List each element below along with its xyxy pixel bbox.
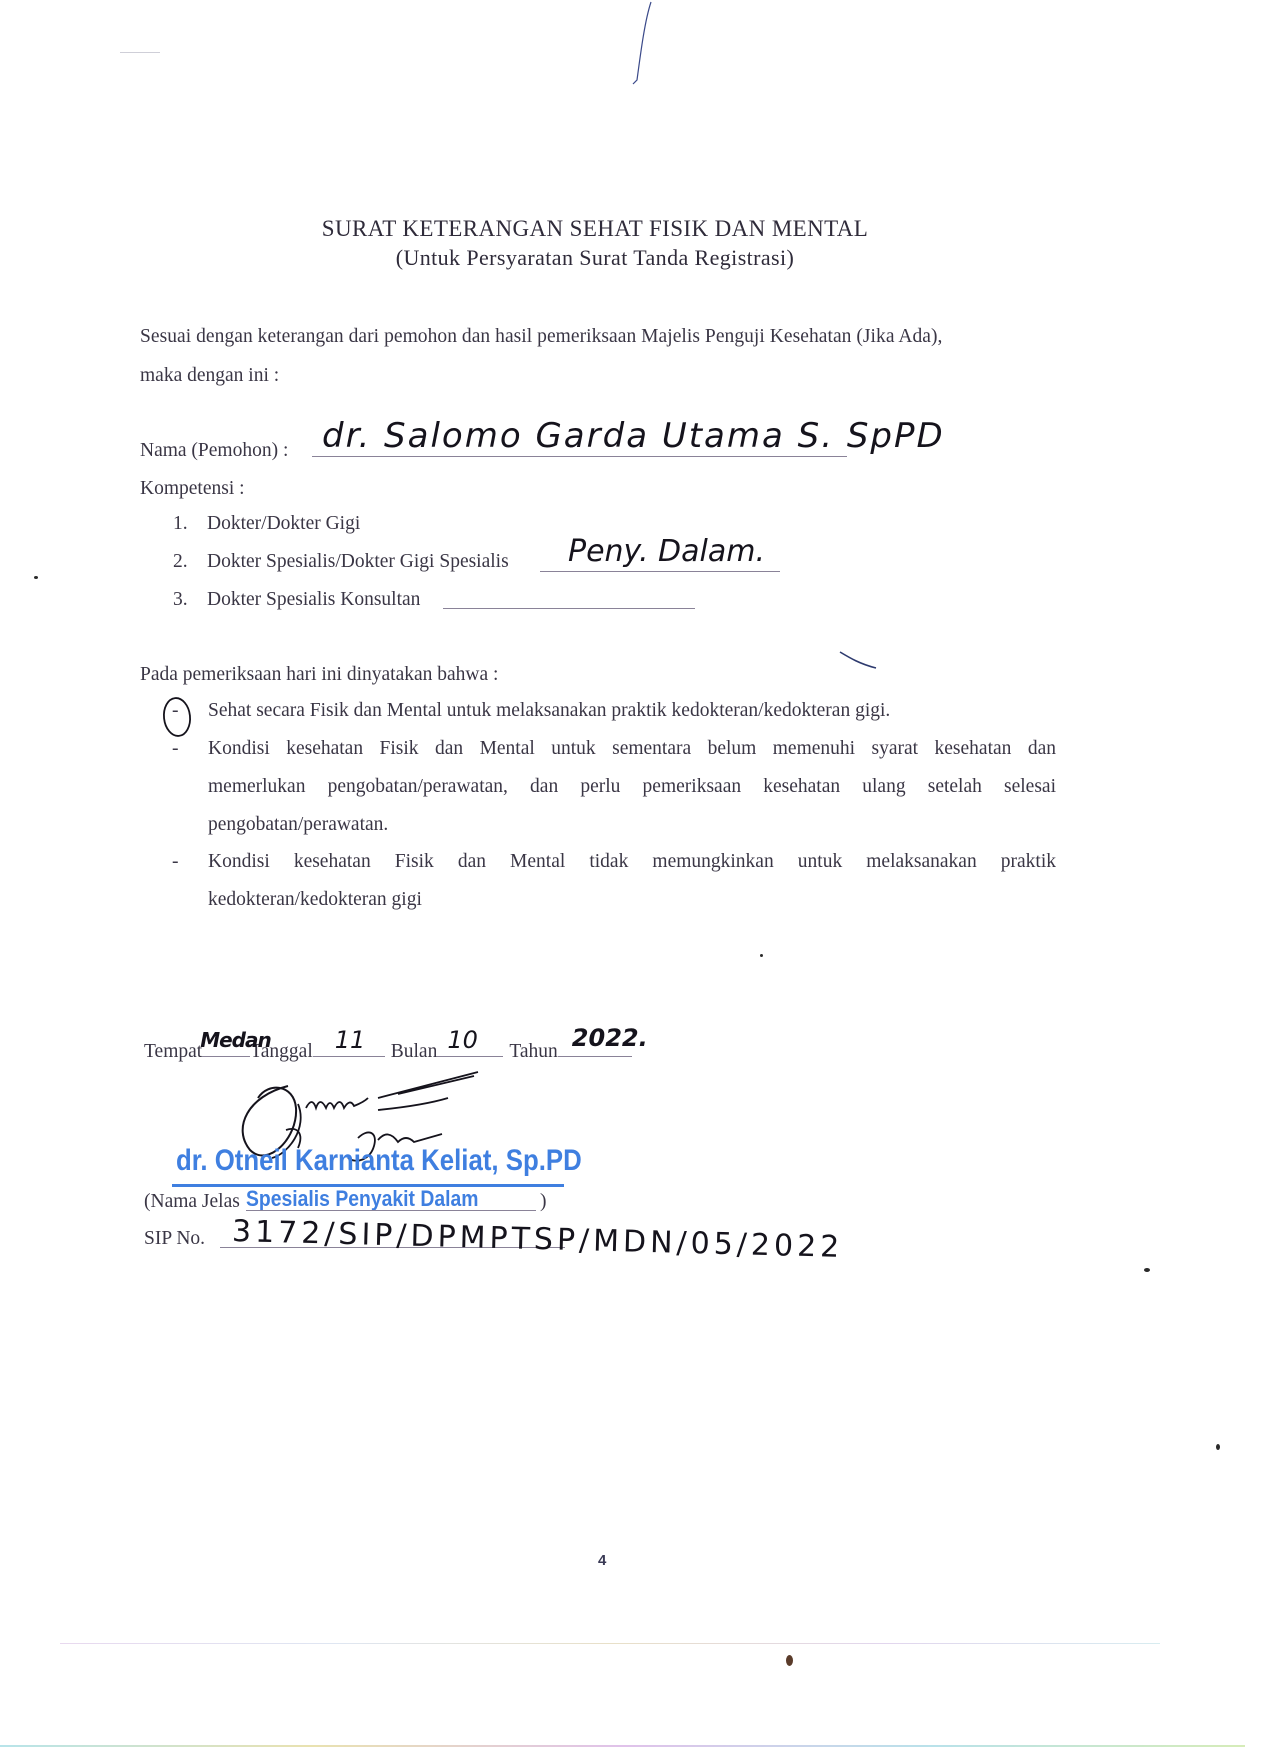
name-clear-field-line	[246, 1210, 536, 1211]
sip-label: SIP No.	[144, 1228, 205, 1250]
month-value: 10	[447, 1026, 478, 1054]
competence-item-3: 3.Dokter Spesialis Konsultan	[173, 589, 420, 611]
year-label: Tahun	[509, 1041, 557, 1062]
place-label: Tempat	[144, 1041, 202, 1062]
day-field[interactable]: 11	[313, 1038, 385, 1057]
speck	[1216, 1444, 1220, 1450]
competence-number: 2.	[173, 551, 207, 573]
month-field[interactable]: 10	[437, 1038, 503, 1057]
stamp-doctor-name: dr. Otneil Karnianta Keliat, Sp.PD	[176, 1144, 582, 1178]
finding-option-2-line-3: pengobatan/perawatan.	[208, 814, 388, 836]
speck	[34, 576, 38, 579]
finding-option-2[interactable]: -Kondisi kesehatan Fisik dan Mental untu…	[172, 738, 1056, 760]
finding-bullet: -	[172, 738, 208, 760]
speck	[1144, 1268, 1150, 1272]
document-subtitle: (Untuk Persyaratan Surat Tanda Registras…	[0, 245, 1190, 271]
competence-text: Dokter Spesialis/Dokter Gigi Spesialis	[207, 551, 509, 572]
competence-text: Dokter Spesialis Konsultan	[207, 589, 420, 610]
speck	[786, 1655, 793, 1666]
stray-check-mark	[838, 648, 882, 672]
competence-number: 1.	[173, 513, 207, 535]
scan-artifact-bottom-edge	[0, 1745, 1245, 1747]
finding-option-1[interactable]: -Sehat secara Fisik dan Mental untuk mel…	[172, 700, 890, 722]
applicant-field-line	[312, 456, 847, 457]
finding-option-3-line-2: kedokteran/kedokteran gigi	[208, 889, 422, 911]
competence-number: 3.	[173, 589, 207, 611]
finding-text: Kondisi kesehatan Fisik dan Mental untuk…	[208, 738, 1056, 760]
name-clear-label: (Nama Jelas	[144, 1191, 240, 1213]
finding-text: Kondisi kesehatan Fisik dan Mental tidak…	[208, 851, 1056, 873]
finding-option-3[interactable]: -Kondisi kesehatan Fisik dan Mental tida…	[172, 851, 1056, 873]
competence-item-2: 2.Dokter Spesialis/Dokter Gigi Spesialis	[173, 551, 509, 573]
name-clear-close: )	[540, 1191, 547, 1213]
scan-artifact-line	[60, 1643, 1160, 1644]
specialty-field[interactable]: Peny. Dalam.	[568, 534, 765, 569]
intro-line-1: Sesuai dengan keterangan dari pemohon da…	[140, 326, 1055, 348]
document-title: SURAT KETERANGAN SEHAT FISIK DAN MENTAL	[0, 216, 1190, 242]
sip-number-field[interactable]: 3172/SIP/DPMPTSP/MDN/05/2022	[232, 1214, 844, 1265]
year-value: 2022.	[572, 1024, 648, 1052]
place-value: Medan	[200, 1028, 271, 1052]
scan-mark	[120, 52, 160, 53]
intro-line-2: maka dengan ini :	[140, 365, 279, 387]
year-field[interactable]: 2022.	[558, 1038, 632, 1057]
page-number: 4	[598, 1552, 606, 1569]
finding-text: Sehat secara Fisik dan Mental untuk mela…	[208, 700, 890, 721]
competence-label: Kompetensi :	[140, 478, 245, 500]
findings-label: Pada pemeriksaan hari ini dinyatakan bah…	[140, 664, 498, 686]
place-date-row: TempatMedanTanggal11Bulan10Tahun2022.	[144, 1038, 632, 1063]
competence-item-1: 1.Dokter/Dokter Gigi	[173, 513, 360, 535]
finding-option-2-line-2: memerlukan pengobatan/perawatan, dan per…	[208, 776, 1056, 798]
day-value: 11	[335, 1026, 366, 1054]
specialty-field-line	[540, 571, 780, 572]
competence-text: Dokter/Dokter Gigi	[207, 513, 360, 534]
place-field[interactable]: Medan	[202, 1038, 250, 1057]
month-label: Bulan	[391, 1041, 438, 1062]
speck	[760, 954, 763, 957]
stamp-specialty: Spesialis Penyakit Dalam	[246, 1186, 478, 1212]
finding-bullet: -	[172, 700, 208, 722]
applicant-name-field[interactable]: dr. Salomo Garda Utama S. SpPD	[322, 416, 945, 456]
consultant-field-line	[443, 608, 695, 609]
applicant-label: Nama (Pemohon) :	[140, 440, 288, 462]
finding-bullet: -	[172, 851, 208, 873]
stray-pen-mark	[615, 0, 655, 90]
